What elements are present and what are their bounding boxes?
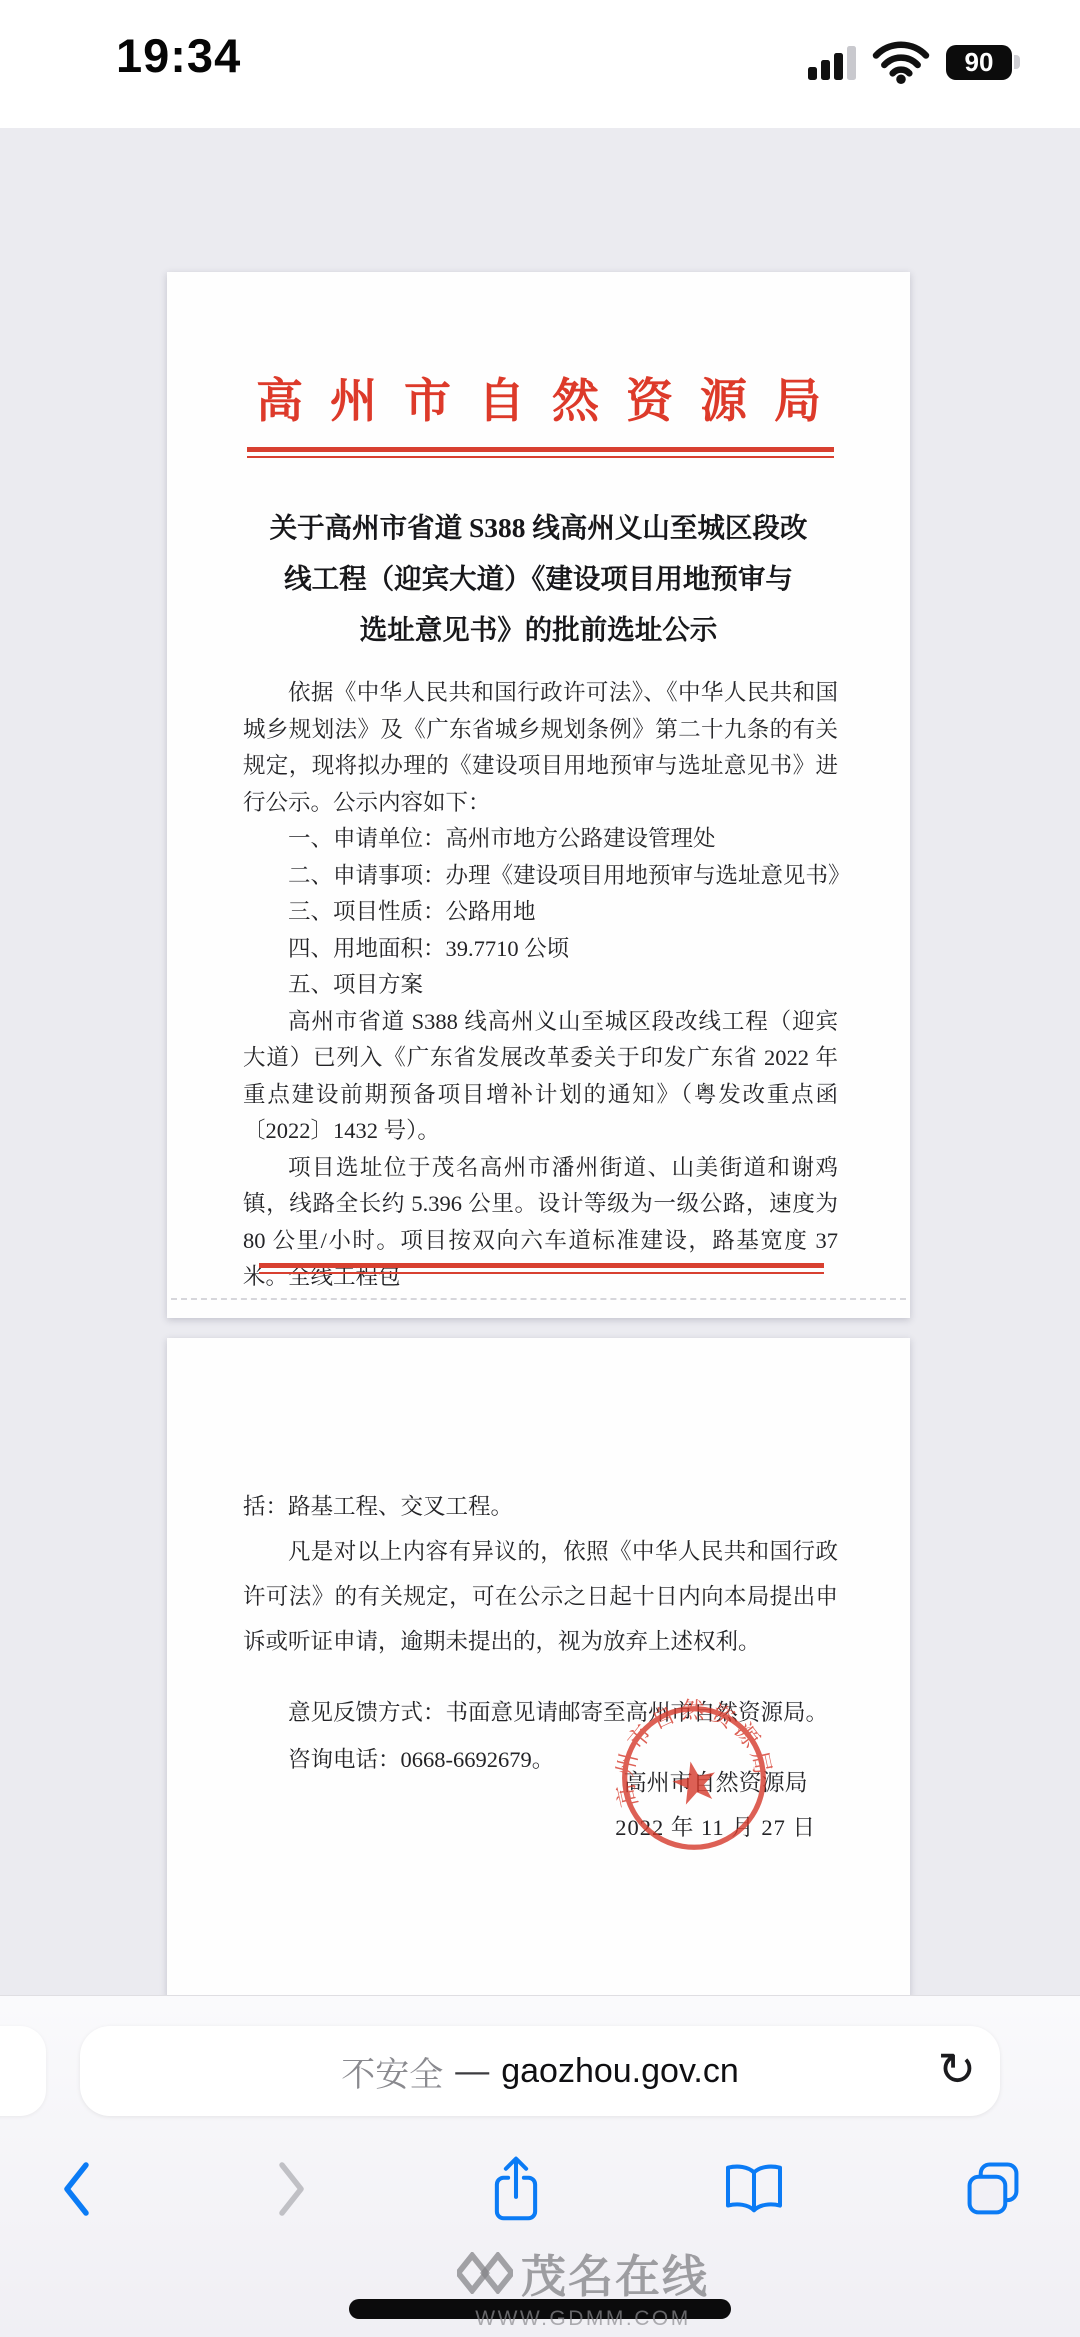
paragraph-objection: 凡是对以上内容有异议的，依照《中华人民共和国行政许可法》的有关规定，可在公示之日… xyxy=(243,1529,838,1664)
wifi-icon xyxy=(872,40,930,84)
paragraph-continuation: 括：路基工程、交叉工程。 xyxy=(243,1484,838,1529)
document-title: 关于高州市省道 S388 线高州义山至城区段改 线工程（迎宾大道）《建设项目用地… xyxy=(233,502,844,655)
web-page-content[interactable]: 高州市自然资源局 关于高州市省道 S388 线高州义山至城区段改 线工程（迎宾大… xyxy=(0,128,1080,1995)
official-seal: 高州市自然资源局 ★ xyxy=(594,1678,793,1877)
list-item: 三、项目性质：公路用地 xyxy=(243,894,838,931)
bookmarks-button[interactable] xyxy=(723,2163,785,2215)
address-separator: — xyxy=(455,2052,489,2091)
not-secure-label: 不安全 xyxy=(341,2047,443,2096)
toolbar-buttons xyxy=(0,2146,1080,2232)
site-watermark: 茂名在线 WWW.GDMM.COM xyxy=(428,2240,738,2331)
site-hostname: gaozhou.gov.cn xyxy=(501,2052,739,2091)
list-item: 五、项目方案 xyxy=(243,967,838,1004)
watermark-site-url: WWW.GDMM.COM xyxy=(428,2307,738,2331)
battery-nub xyxy=(1014,55,1020,69)
battery-indicator: 90 xyxy=(946,45,1020,80)
iphone-screen: 19:34 90 高州市自然资源局 关于高 xyxy=(0,0,1080,2337)
list-item: 四、用地面积：39.7710 公顷 xyxy=(243,931,838,968)
list-item: 一、申请单位：高州市地方公路建设管理处 xyxy=(243,821,838,858)
previous-tab-peek[interactable] xyxy=(0,2026,46,2116)
paragraph-basis: 依据《中华人民共和国行政许可法》、《中华人民共和国城乡规划法》及《广东省城乡规划… xyxy=(243,675,838,821)
cellular-signal-icon xyxy=(808,44,856,80)
title-line-2: 线工程（迎宾大道）《建设项目用地预审与 xyxy=(233,553,844,604)
paragraph-project-listing: 高州市省道 S388 线高州义山至城区段改线工程（迎宾大道）已列入《广东省发展改… xyxy=(243,1004,838,1150)
agency-letterhead: 高州市自然资源局 xyxy=(167,364,910,431)
watermark-logo xyxy=(457,2252,513,2294)
document-page-2: 括：路基工程、交叉工程。 凡是对以上内容有异议的，依照《中华人民共和国行政许可法… xyxy=(167,1338,910,1998)
safari-bottom-bar: 不安全 — gaozhou.gov.cn ↻ xyxy=(0,1995,1080,2337)
book-icon xyxy=(723,2163,785,2215)
footer-double-rule xyxy=(259,1263,824,1274)
back-button[interactable] xyxy=(58,2159,94,2219)
page-fold-artifact xyxy=(171,1298,906,1300)
letterhead-double-rule xyxy=(247,447,834,458)
share-button[interactable] xyxy=(489,2154,543,2224)
battery-percent: 90 xyxy=(946,45,1012,80)
status-icons: 90 xyxy=(808,40,1020,84)
share-icon xyxy=(489,2154,543,2224)
forward-button[interactable] xyxy=(274,2159,310,2219)
clock: 19:34 xyxy=(116,28,241,83)
reload-icon[interactable]: ↻ xyxy=(937,2046,976,2092)
tabs-icon xyxy=(964,2160,1022,2218)
chevron-right-icon xyxy=(274,2159,310,2219)
watermark-name: 茂名在线 xyxy=(521,2240,709,2305)
document-body-page2: 括：路基工程、交叉工程。 凡是对以上内容有异议的，依照《中华人民共和国行政许可法… xyxy=(167,1338,910,1782)
chevron-left-icon xyxy=(58,2159,94,2219)
document-page-1: 高州市自然资源局 关于高州市省道 S388 线高州义山至城区段改 线工程（迎宾大… xyxy=(167,272,910,1318)
document-body: 依据《中华人民共和国行政许可法》、《中华人民共和国城乡规划法》及《广东省城乡规划… xyxy=(243,675,838,1296)
title-line-1: 关于高州市省道 S388 线高州义山至城区段改 xyxy=(233,502,844,553)
list-item: 二、申请事项：办理《建设项目用地预审与选址意见书》 xyxy=(243,858,838,895)
seal-star-icon: ★ xyxy=(664,1747,727,1819)
tabs-button[interactable] xyxy=(964,2160,1022,2218)
title-line-3: 选址意见书》的批前选址公示 xyxy=(233,604,844,655)
address-bar[interactable]: 不安全 — gaozhou.gov.cn ↻ xyxy=(80,2026,1000,2116)
status-bar: 19:34 90 xyxy=(0,0,1080,128)
